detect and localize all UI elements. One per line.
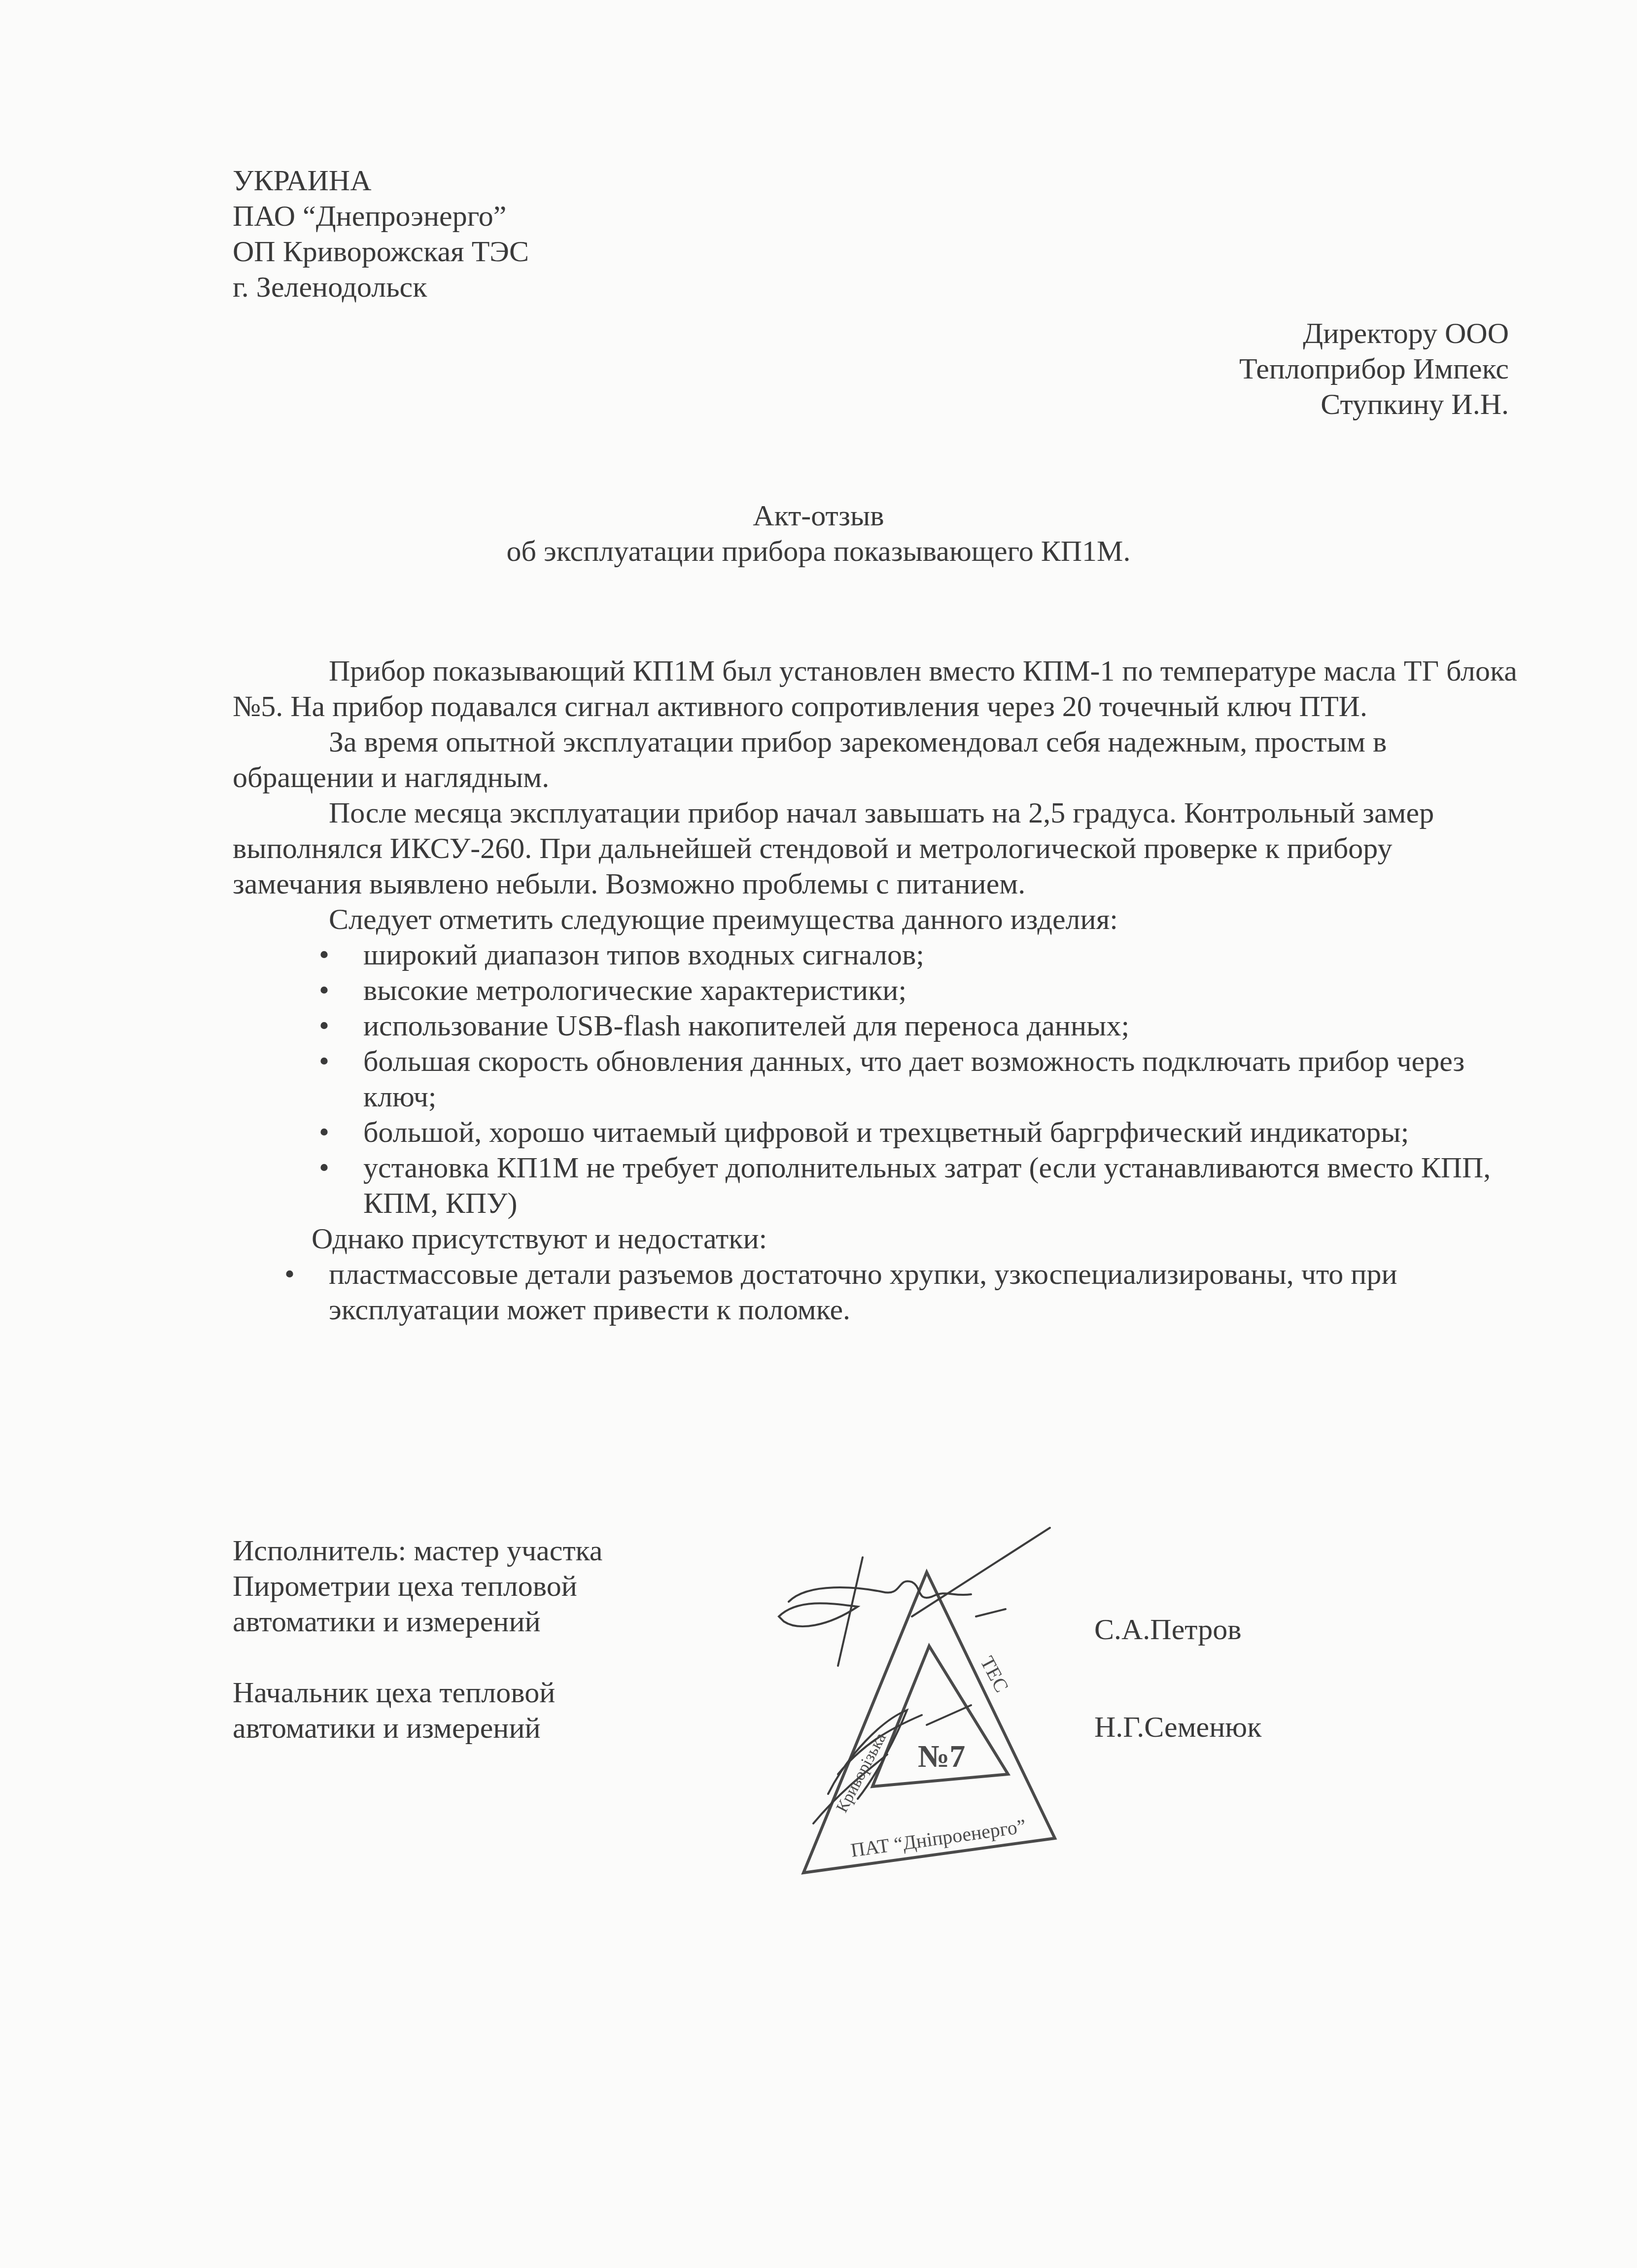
head-position: Начальник цеха тепловой автоматики и изм… (233, 1675, 602, 1746)
title-line-2: об эксплуатации прибора показывающего КП… (0, 533, 1637, 569)
bullet-icon: • (319, 1150, 329, 1185)
bullet-icon: • (319, 972, 329, 1008)
sender-city: г. Зеленодольск (233, 269, 529, 305)
executor-position: Исполнитель: мастер участка Пирометрии ц… (233, 1533, 602, 1639)
paragraph-installation: Прибор показывающий КП1М был установлен … (233, 653, 1524, 724)
recipient-position: Директору ООО (1239, 315, 1509, 351)
document-body: Прибор показывающий КП1М был установлен … (233, 653, 1524, 1327)
recipient-name: Ступкину И.Н. (1239, 386, 1509, 422)
list-item: •высокие метрологические характеристики; (363, 972, 1524, 1008)
bullet-icon: • (319, 1043, 329, 1079)
advantages-intro: Следует отметить следующие преимущества … (233, 901, 1524, 937)
stamp-number: №7 (918, 1739, 965, 1774)
sender-country: УКРАИНА (233, 163, 529, 198)
sender-company: ПАО “Днепроэнерго” (233, 198, 529, 234)
title-line-1: Акт-отзыв (0, 498, 1637, 533)
list-item: •установка КП1М не требует дополнительны… (363, 1150, 1524, 1221)
paragraph-issue: После месяца эксплуатации прибор начал з… (233, 795, 1524, 901)
bullet-icon: • (319, 937, 329, 972)
document-page: УКРАИНА ПАО “Днепроэнерго” ОП Криворожск… (0, 0, 1637, 2268)
list-item: •большой, хорошо читаемый цифровой и тре… (363, 1114, 1524, 1150)
stamp-triangle-icon: №7 ТЕС Криворізька ПАТ “Дніпроенерго” (739, 1498, 1183, 1892)
document-title: Акт-отзыв об эксплуатации прибора показы… (0, 498, 1637, 569)
list-item: •пластмассовые детали разъемов достаточн… (329, 1256, 1524, 1327)
paragraph-trial: За время опытной эксплуатации прибор зар… (233, 724, 1524, 795)
list-item: •использование USB-flash накопителей для… (363, 1008, 1524, 1043)
advantages-list: •широкий диапазон типов входных сигналов… (233, 937, 1524, 1221)
disadvantages-list: •пластмассовые детали разъемов достаточн… (233, 1256, 1524, 1327)
sender-division: ОП Криворожская ТЭС (233, 234, 529, 269)
bullet-icon: • (284, 1256, 295, 1292)
bullet-icon: • (319, 1008, 329, 1043)
list-item: •широкий диапазон типов входных сигналов… (363, 937, 1524, 972)
sender-block: УКРАИНА ПАО “Днепроэнерго” ОП Криворожск… (233, 163, 529, 305)
recipient-company: Теплоприбор Импекс (1239, 351, 1509, 386)
list-item: •большая скорость обновления данных, что… (363, 1043, 1524, 1114)
signatories-block: Исполнитель: мастер участка Пирометрии ц… (233, 1533, 602, 1781)
official-stamp: №7 ТЕС Криворізька ПАТ “Дніпроенерго” (739, 1498, 1183, 1892)
recipient-block: Директору ООО Теплоприбор Импекс Ступкин… (1239, 315, 1509, 422)
disadvantages-intro: Однако присутствуют и недостатки: (233, 1221, 1524, 1256)
bullet-icon: • (319, 1114, 329, 1150)
